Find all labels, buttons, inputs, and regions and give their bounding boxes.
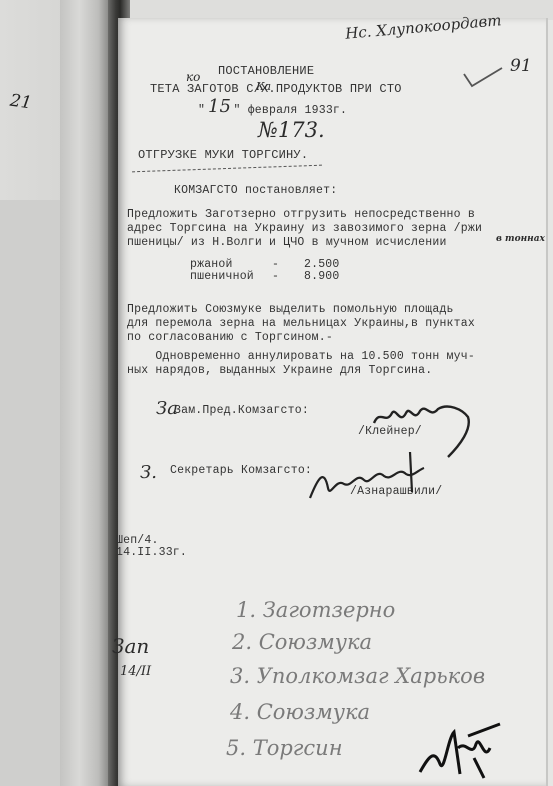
paragraph-1-line: адрес Торгсина на Украину из завозимого … (127, 222, 482, 235)
paragraph-2-line: по согласованию с Торгсином.- (127, 331, 333, 344)
paper-strip (60, 0, 108, 786)
resolution-intro: КОМЗАГСТО постановляет: (174, 184, 337, 197)
paragraph-1-line: пшеницы/ из Н.Волги и ЦЧО в мучном исчис… (127, 236, 447, 249)
paragraph-3-line: ных нарядов, выданных Украине для Торгси… (127, 364, 432, 377)
margin-note: Зап (112, 634, 149, 658)
signature-prefix: З. (140, 462, 157, 483)
signatory-role: Зам.Пред.Комзагсто: (174, 404, 309, 417)
quantity-value: 8.900 (304, 270, 340, 283)
paragraph-2-line: Предложить Союзмуке выделить помольную п… (127, 303, 454, 316)
document-subject: ОТГРУЗКЕ МУКИ ТОРГСИНУ. (138, 148, 308, 162)
previous-page-number: 21 (9, 91, 33, 114)
org-line-correction: Ка (256, 80, 271, 93)
org-line: ТЕТА ЗАГОТОВ С/Х.ПРОДУКТОВ ПРИ СТО (150, 82, 402, 96)
bottom-signature (414, 718, 504, 784)
paragraph-2-line: для перемола зерна на мельницах Украины,… (127, 317, 475, 330)
document-title: ПОСТАНОВЛЕНИЕ (218, 64, 314, 78)
paragraph-3-line: Одновременно аннулировать на 10.500 тонн… (127, 350, 475, 363)
quantity-dash: - (272, 270, 279, 283)
typist-date: 14.II.33г. (116, 546, 187, 559)
signatory-role: Секретарь Комзагсто: (170, 464, 312, 477)
margin-date: 14/II (120, 664, 151, 679)
archive-page-number: 91 (510, 56, 532, 76)
quantity-label: пшеничной (190, 270, 254, 283)
distribution-item: 1. Заготзерно (236, 598, 395, 622)
distribution-item: 5. Торгсин (226, 736, 343, 760)
document-number: №173. (258, 118, 325, 142)
checkmark-icon (462, 66, 504, 88)
distribution-item: 3. Уполкомзаг Харьков (230, 664, 485, 688)
paragraph-1-insert: в тоннах (496, 234, 545, 244)
distribution-item: 2. Союзмука (232, 630, 372, 654)
signature-aznarashvili (300, 448, 440, 508)
date-day-handwritten: 15 (208, 96, 231, 117)
distribution-item: 4. Союзмука (230, 700, 370, 724)
paragraph-1-line: Предложить Заготзерно отгрузить непосред… (127, 208, 475, 221)
